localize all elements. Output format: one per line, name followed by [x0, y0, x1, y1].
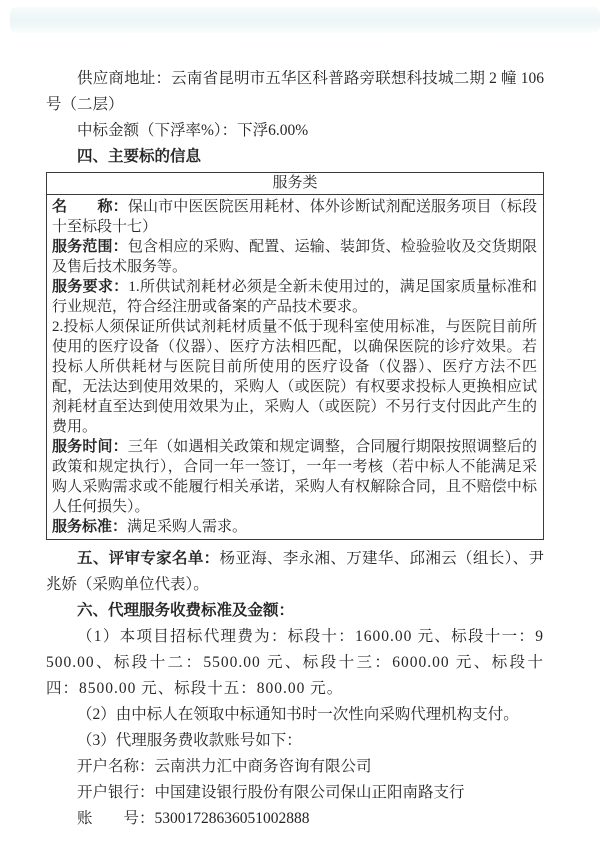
row-text-requirements-2: 2.投标人须保证所供试剂耗材质量不低于现科室使用标准，与医院目前所使用的医疗设备… — [52, 319, 537, 435]
section6-heading: 六、代理服务收费标准及金额： — [46, 598, 544, 624]
table-header-service-category: 服务类 — [47, 173, 543, 195]
row-text-service-standard: 满足采购人需求。 — [127, 519, 247, 535]
table-row-requirements: 服务要求：1.所供试剂耗材必须是全新未使用过的，满足国家质量标准和行业规范，符合… — [52, 277, 537, 317]
table-row-service-time: 服务时间：三年（如遇相关政策和规定调整，合同履行期限按照调整后的政策和规定执行）… — [52, 437, 537, 517]
document-page: 供应商地址：云南省昆明市五华区科普路旁联想科技城二期 2 幢 106 号（二层）… — [0, 0, 600, 850]
table-body: 名 称：保山市中医医院医用耗材、体外诊断试剂配送服务项目（标段十至标段十七） 服… — [47, 195, 543, 539]
table-row-requirements-2: 2.投标人须保证所供试剂耗材质量不低于现科室使用标准，与医院目前所使用的医疗设备… — [52, 317, 537, 437]
table-row-name: 名 称：保山市中医医院医用耗材、体外诊断试剂配送服务项目（标段十至标段十七） — [52, 197, 537, 237]
agency-fee-item-2: （2）由中标人在领取中标通知书时一次性向采购代理机构支付。 — [46, 702, 544, 728]
row-label-scope: 服务范围： — [52, 239, 128, 255]
row-label-service-standard: 服务标准： — [52, 519, 127, 535]
row-label-name: 名 称： — [52, 199, 128, 215]
bid-amount-line: 中标金额（下浮率%）：下浮6.00% — [46, 118, 544, 144]
main-bid-info-table: 服务类 名 称：保山市中医医院医用耗材、体外诊断试剂配送服务项目（标段十至标段十… — [46, 172, 544, 540]
section5-experts-line: 五、评审专家名单：杨亚海、李永湘、万建华、邱湘云（组长）、尹兆娇（采购单位代表）… — [46, 546, 544, 598]
section4-heading: 四、主要标的信息 — [46, 144, 544, 170]
row-label-service-time: 服务时间： — [52, 439, 128, 455]
section5-heading: 五、评审专家名单： — [77, 550, 220, 567]
account-name-line: 开户名称：云南洪力汇中商务咨询有限公司 — [46, 754, 544, 780]
agency-fee-item-3: （3）代理服务费收款账号如下： — [46, 728, 544, 754]
account-bank-line: 开户银行：中国建设银行股份有限公司保山正阳南路支行 — [46, 780, 544, 806]
supplier-address-line: 供应商地址：云南省昆明市五华区科普路旁联想科技城二期 2 幢 106 号（二层） — [46, 66, 544, 118]
document-content: 供应商地址：云南省昆明市五华区科普路旁联想科技城二期 2 幢 106 号（二层）… — [46, 66, 544, 832]
row-label-requirements: 服务要求： — [52, 279, 128, 295]
table-row-scope: 服务范围：包含相应的采购、配置、运输、装卸货、检验验收及交货期限及售后技术服务等… — [52, 237, 537, 277]
agency-fee-item-1: （1）本项目招标代理费为：标段十：1600.00 元、标段十一：9500.00、… — [46, 624, 544, 702]
scan-artifact-band — [10, 7, 600, 33]
account-number-line: 账 号：53001728636051002888 — [46, 806, 544, 832]
table-row-service-standard: 服务标准：满足采购人需求。 — [52, 517, 537, 537]
